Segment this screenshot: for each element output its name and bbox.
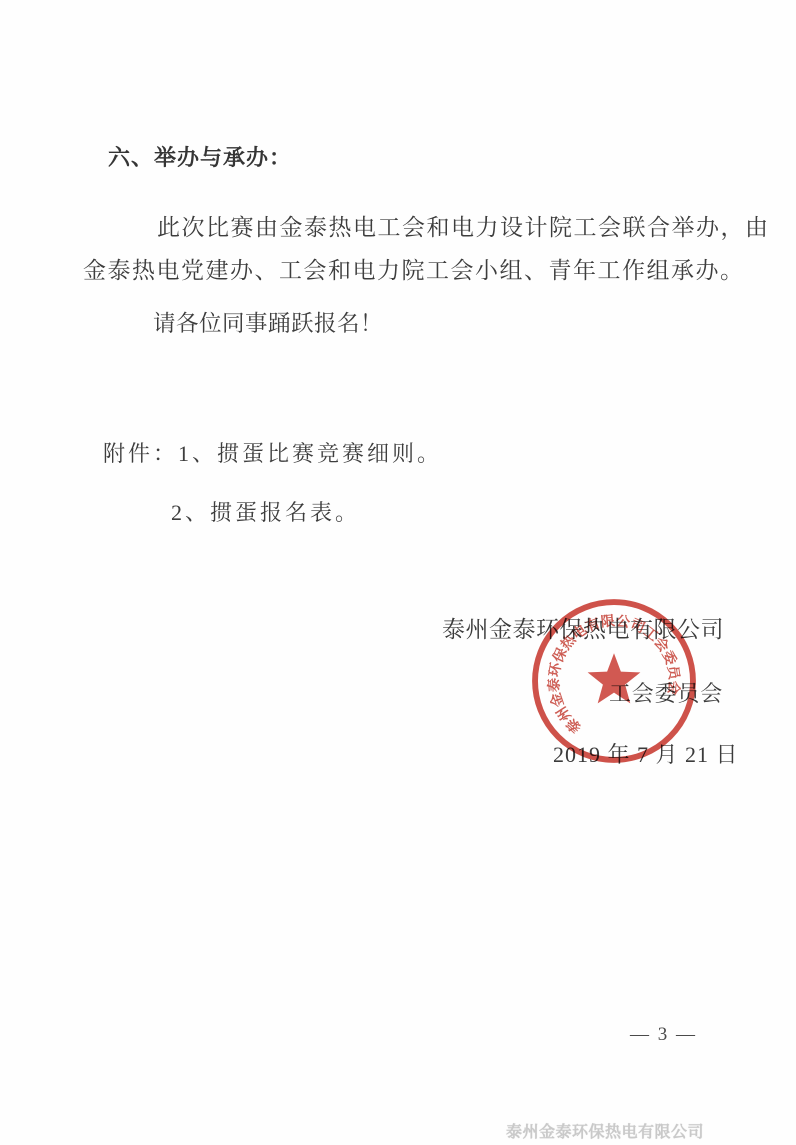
signature-organization: 泰州金泰环保热电有限公司 [442,611,724,644]
attachment-label: 附件： [103,441,178,466]
body-paragraph-line: 金泰热电党建办、工会和电力院工会小组、青年工作组承办。 [83,252,745,285]
signature-department: 工会委员会 [609,677,723,708]
page-number: — 3 — [630,1024,697,1046]
section-heading: 六、举办与承办： [108,141,292,172]
body-paragraph-line: 此次比赛由金泰热电工会和电力设计院工会联合举办，由 [157,209,770,242]
attachment-line-1: 附件：1、掼蛋比赛竞赛细则。 [103,437,442,468]
attachment-item-1: 1、掼蛋比赛竞赛细则。 [178,441,442,466]
call-to-action-line: 请各位同事踊跃报名！ [153,306,383,338]
attachment-item-2: 2、掼蛋报名表。 [171,496,360,527]
document-page: 六、举办与承办： 此次比赛由金泰热电工会和电力设计院工会联合举办，由 金泰热电党… [0,0,796,1145]
footer-company-watermark: 泰州金泰环保热电有限公司 [500,1119,710,1142]
signature-date: 2019 年 7 月 21 日 [553,738,739,769]
